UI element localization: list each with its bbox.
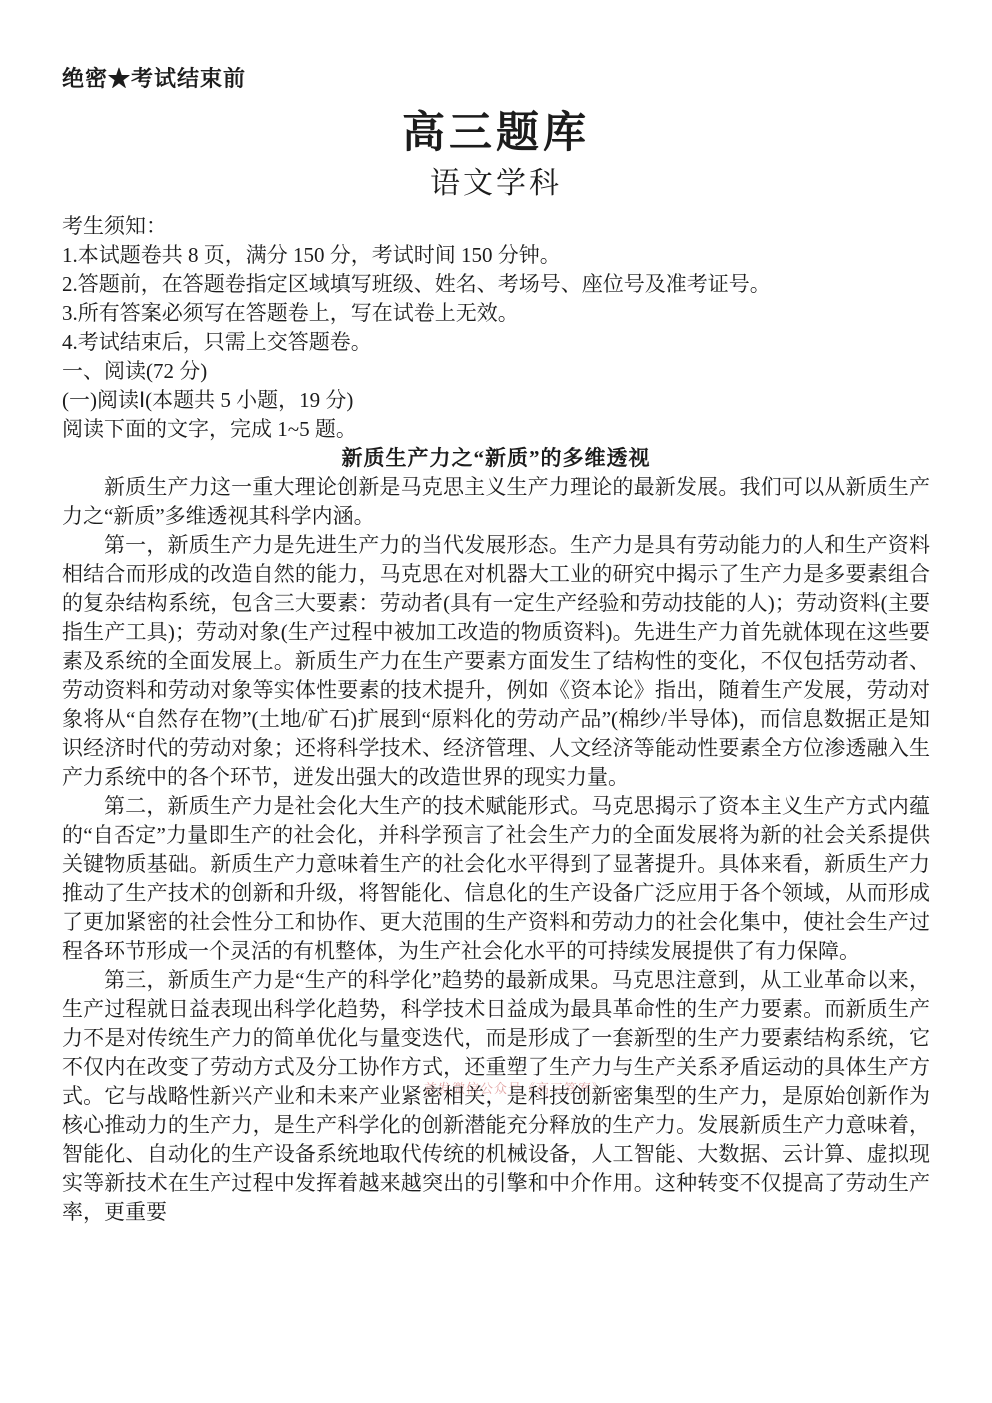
notice-heading: 考生须知： bbox=[62, 212, 930, 241]
reading-instruction: 阅读下面的文字，完成 1~5 题。 bbox=[62, 415, 930, 444]
notice-item-4: 4.考试结束后，只需上交答题卷。 bbox=[62, 328, 930, 357]
section-headings: 一、阅读(72 分) (一)阅读Ⅰ(本题共 5 小题，19 分) 阅读下面的文字… bbox=[62, 357, 930, 444]
reading-passage: 新质生产力之“新质”的多维透视 新质生产力这一重大理论创新是马克思主义生产力理论… bbox=[62, 444, 930, 1227]
subsection-heading-reading-1: (一)阅读Ⅰ(本题共 5 小题，19 分) bbox=[62, 386, 930, 415]
notice-item-3: 3.所有答案必须写在答题卷上，写在试卷上无效。 bbox=[62, 299, 930, 328]
notice-item-1: 1.本试题卷共 8 页，满分 150 分，考试时间 150 分钟。 bbox=[62, 241, 930, 270]
section-heading-reading: 一、阅读(72 分) bbox=[62, 357, 930, 386]
passage-title: 新质生产力之“新质”的多维透视 bbox=[62, 444, 930, 473]
passage-paragraph-3: 第二，新质生产力是社会化大生产的技术赋能形式。马克思揭示了资本主义生产方式内蕴的… bbox=[62, 792, 930, 966]
exam-paper-page: 首发微信公众号《高三答案》 绝密★考试结束前 高三题库 语文学科 考生须知： 1… bbox=[0, 0, 992, 1403]
passage-paragraph-1: 新质生产力这一重大理论创新是马克思主义生产力理论的最新发展。我们可以从新质生产力… bbox=[62, 473, 930, 531]
passage-paragraph-4: 第三，新质生产力是“生产的科学化”趋势的最新成果。马克思注意到，从工业革命以来，… bbox=[62, 966, 930, 1227]
candidate-notice: 考生须知： 1.本试题卷共 8 页，满分 150 分，考试时间 150 分钟。 … bbox=[62, 212, 930, 357]
exam-subject-subtitle: 语文学科 bbox=[62, 164, 930, 204]
notice-item-2: 2.答题前，在答题卷指定区域填写班级、姓名、考场号、座位号及准考证号。 bbox=[62, 270, 930, 299]
exam-title: 高三题库 bbox=[62, 106, 930, 162]
classification-label: 绝密★考试结束前 bbox=[62, 64, 930, 94]
passage-paragraph-2: 第一，新质生产力是先进生产力的当代发展形态。生产力是具有劳动能力的人和生产资料相… bbox=[62, 531, 930, 792]
